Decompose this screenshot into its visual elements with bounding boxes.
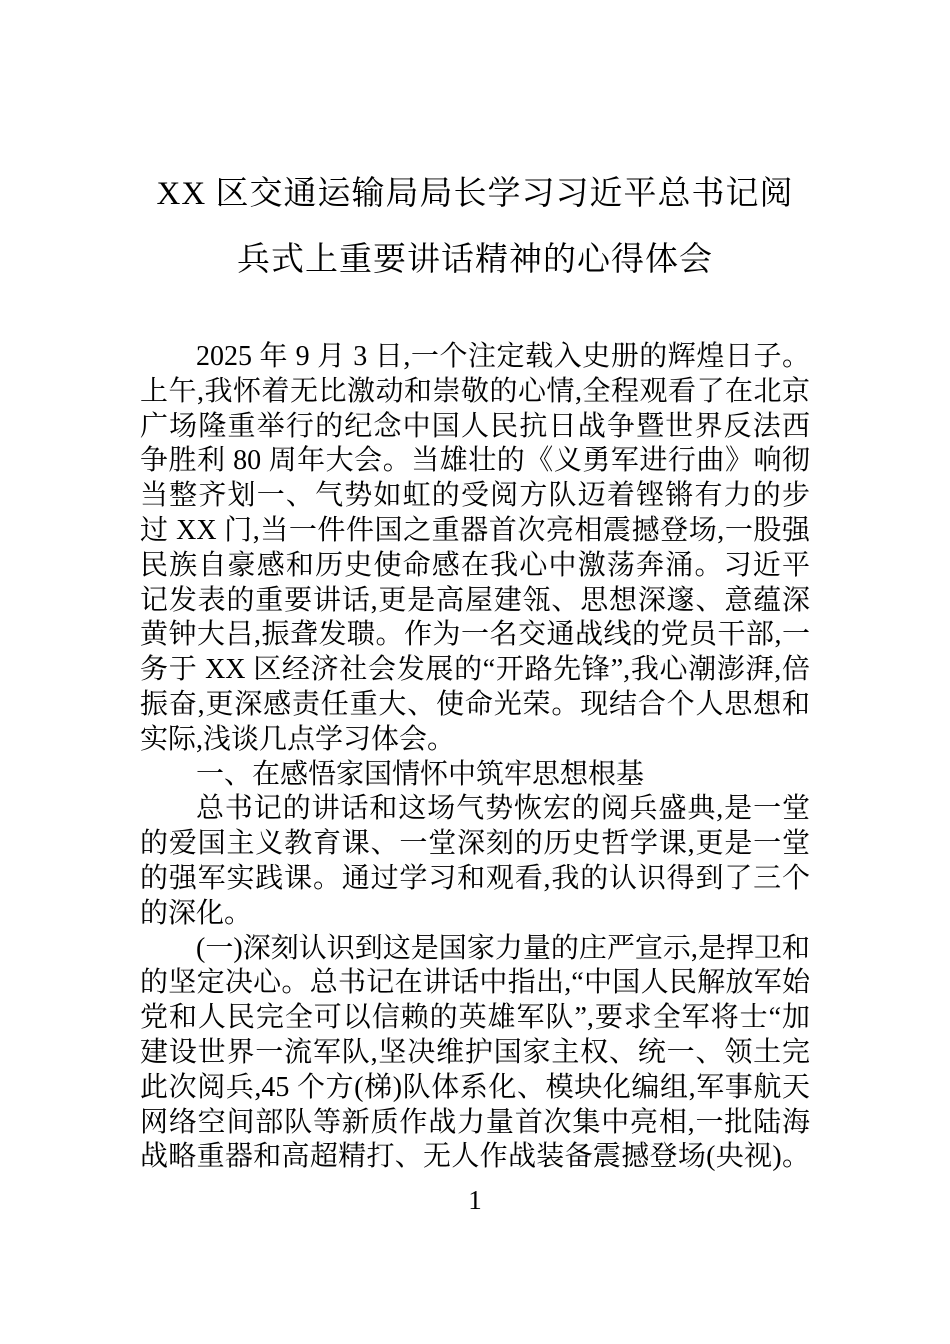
text-line: 民族自豪感和历史使命感在我心中激荡奔涌。习近平总书	[140, 549, 810, 584]
text-line: 此次阅兵,45 个方(梯)队体系化、模块化编组,军事航天部队	[140, 1071, 810, 1106]
text-line: 实际,浅谈几点学习体会。	[140, 723, 810, 758]
text-line: 总书记的讲话和这场气势恢宏的阅兵盛典,是一堂生动	[140, 792, 810, 827]
text-line: 的强军实践课。通过学习和观看,我的认识得到了三个层面	[140, 862, 810, 897]
text-line: 的坚定决心。总书记在讲话中指出,“中国人民解放军始终是	[140, 966, 810, 1001]
document-page: XX 区交通运输局局长学习习近平总书记阅 兵式上重要讲话精神的心得体会 2025…	[0, 0, 950, 1344]
text-line: 务于 XX 区经济社会发展的“开路先锋”,我心潮澎湃,倍感	[140, 653, 810, 688]
text-line: 争胜利 80 周年大会。当雄壮的《义勇军进行曲》响彻云霄,	[140, 444, 810, 479]
title-line-2: 兵式上重要讲话精神的心得体会	[0, 227, 950, 293]
text-line: 党和人民完全可以信赖的英雄军队”,要求全军将士“加快	[140, 1001, 810, 1036]
text-line: 建设世界一流军队,坚决维护国家主权、统一、领土完整”。	[140, 1036, 810, 1071]
text-line: 记发表的重要讲话,更是高屋建瓴、思想深邃、意蕴深远,如	[140, 584, 810, 619]
text-line: 当整齐划一、气势如虹的受阅方队迈着铿锵有力的步伐通	[140, 479, 810, 514]
title-line-1: XX 区交通运输局局长学习习近平总书记阅	[0, 161, 950, 227]
text-line: 振奋,更深感责任重大、使命光荣。现结合个人思想和工作	[140, 688, 810, 723]
text-line: 战略重器和高超精打、无人作战装备震撼登场(央视)。这不	[140, 1140, 810, 1175]
text-line: 一、在感悟家国情怀中筑牢思想根基	[140, 758, 810, 793]
document-body: 2025 年 9 月 3 日,一个注定载入史册的辉煌日子。今天上午,我怀着无比激…	[140, 340, 810, 1175]
document-title: XX 区交通运输局局长学习习近平总书记阅 兵式上重要讲话精神的心得体会	[0, 0, 950, 293]
text-line: 过 XX 门,当一件件国之重器首次亮相震撼登场,一股强烈的	[140, 514, 810, 549]
text-line: 的深化。	[140, 897, 810, 932]
page-number: 1	[0, 1183, 950, 1218]
text-line: (一)深刻认识到这是国家力量的庄严宣示,是捍卫和平	[140, 932, 810, 967]
text-line: 网络空间部队等新质作战力量首次集中亮相,一批陆海空基	[140, 1106, 810, 1141]
text-line: 广场隆重举行的纪念中国人民抗日战争暨世界反法西斯战	[140, 410, 810, 445]
text-line: 的爱国主义教育课、一堂深刻的历史哲学课,更是一堂鲜活	[140, 827, 810, 862]
text-line: 黄钟大吕,振聋发聩。作为一名交通战线的党员干部,一名服	[140, 618, 810, 653]
text-line: 上午,我怀着无比激动和崇敬的心情,全程观看了在北京 XX	[140, 375, 810, 410]
text-line: 2025 年 9 月 3 日,一个注定载入史册的辉煌日子。今天	[140, 340, 810, 375]
